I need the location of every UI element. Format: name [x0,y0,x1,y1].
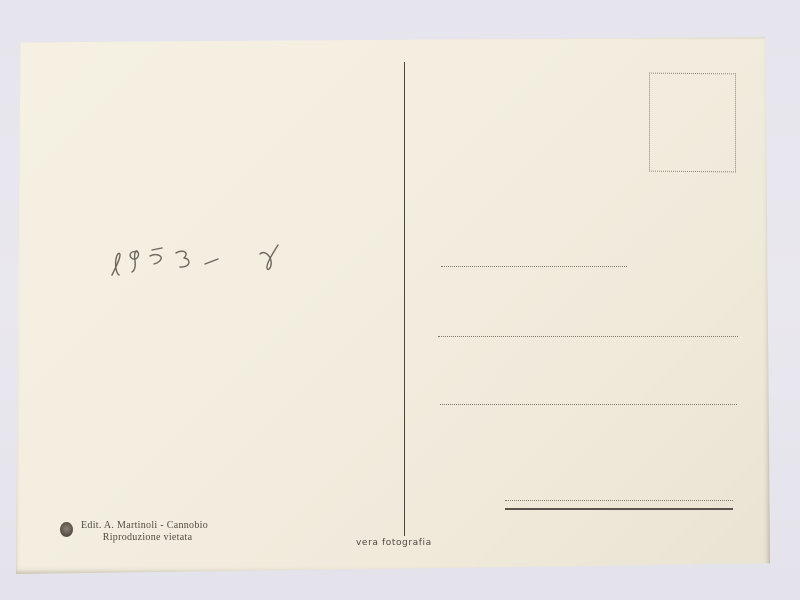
address-line-1 [441,266,627,267]
address-line-2 [438,336,738,337]
publisher-line-2: Riproduzione vietata [103,532,193,544]
handwriting-strokes [110,235,310,285]
address-line-3 [440,404,737,405]
photo-label: vera fotografia [356,538,432,548]
address-line-5-solid [505,508,733,510]
center-divider-line [404,62,405,536]
address-line-4 [505,500,733,501]
publisher-emblem-icon [60,522,73,537]
publisher-imprint: Edit. A. Martinoli - Cannobio Riproduzio… [60,520,208,544]
stamp-placeholder-box [649,73,736,173]
handwritten-date-note: 1953-8 [110,235,310,290]
publisher-line-1: Edit. A. Martinoli - Cannobio [81,520,208,532]
